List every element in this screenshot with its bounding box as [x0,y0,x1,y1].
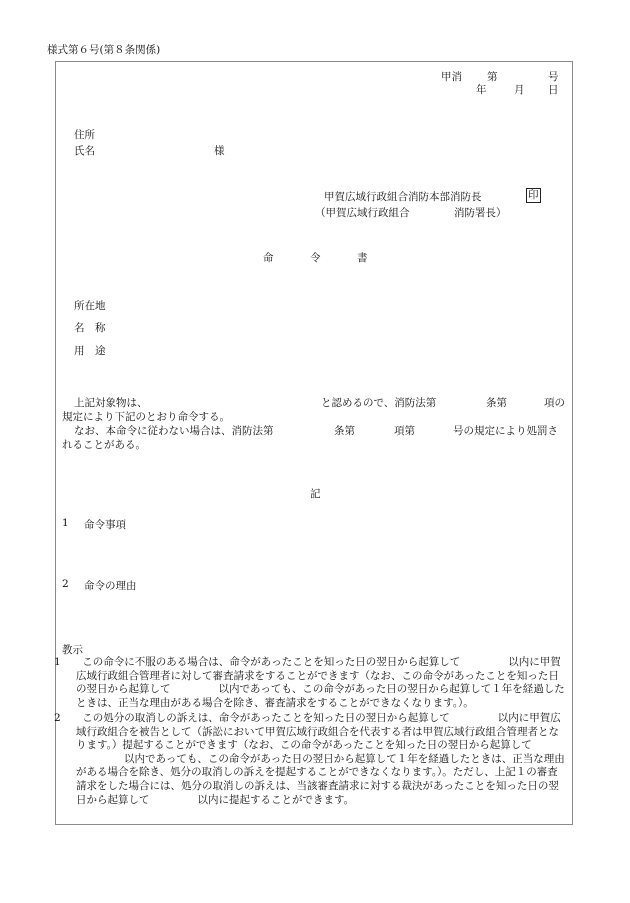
notice-item-1-text-a: この命令に不服のある場合は、命令があったことを知った日の翌日から起算して [82,656,460,668]
notice-item-1: 1 この命令に不服のある場合は、命令があったことを知った日の翌日から起算して以内… [62,656,566,710]
body-p1-d: 項の [544,395,565,410]
issuer-line-2-close: 消防署長） [454,205,507,220]
notice-item-2-number: 2 [54,712,61,726]
facility-name-label: 名 称 [74,320,106,335]
item-2-label: 命令の理由 [84,578,137,593]
body-p2-a: なお、本命令に従わない場合は、消防法第 [74,423,274,438]
honorific-sama: 様 [214,143,225,158]
body-p1-a: 上記対象物は、 [74,395,148,410]
notice-item-2-text-a: この処分の取消しの訴えは、命令があったことを知った日の翌日から起算して [82,712,449,724]
form-number-label: 様式第６号(第８条関係) [47,42,160,57]
notice-item-2: 2 この処分の取消しの訴えは、命令があったことを知った日の翌日から起算して以内に… [62,712,566,807]
issuer-line-1: 甲賀広域行政組合消防本部消防長 [324,189,482,204]
title-char-2: 令 [310,250,321,265]
date-month: 月 [514,82,525,97]
item-2-number: 2 [62,578,69,590]
body-p1-b: と認めるので、消防法第 [321,395,436,410]
title-char-3: 書 [357,250,368,265]
notice-item-2-text-d: 以内に提起することができます。 [198,794,355,806]
doc-number-dai: 第 [487,69,498,84]
seal-mark: 印 [526,188,541,203]
body-p2-d: 号の規定により処罰さ [453,423,558,438]
location-label: 所在地 [74,298,106,313]
date-year: 年 [476,82,487,97]
doc-number-prefix: 甲消 [441,69,462,84]
notice-item-1-number: 1 [54,656,61,670]
address-label: 住所 [74,127,95,142]
notice-heading: 教示 [62,642,83,657]
facility-use-label: 用 途 [74,343,106,358]
name-label: 氏名 [74,143,95,158]
item-1-number: 1 [62,517,69,529]
body-p2-c: 項第 [394,423,415,438]
order-document-frame: 甲消 第 号 年 月 日 住所 氏名 様 甲賀広域行政組合消防本部消防長 印 （… [55,61,573,825]
body-p2-b: 条第 [334,423,355,438]
body-p2-e: れることがある。 [62,437,146,452]
issuer-line-2-open: （甲賀広域行政組合 [315,205,410,220]
title-char-1: 命 [263,250,274,265]
date-day: 日 [548,82,559,97]
body-p1-c: 条第 [486,395,507,410]
item-1-label: 命令事項 [84,517,126,532]
ki-heading: 記 [310,486,321,501]
body-p1-e: 規定により下記のとおり命令する。 [62,409,230,424]
